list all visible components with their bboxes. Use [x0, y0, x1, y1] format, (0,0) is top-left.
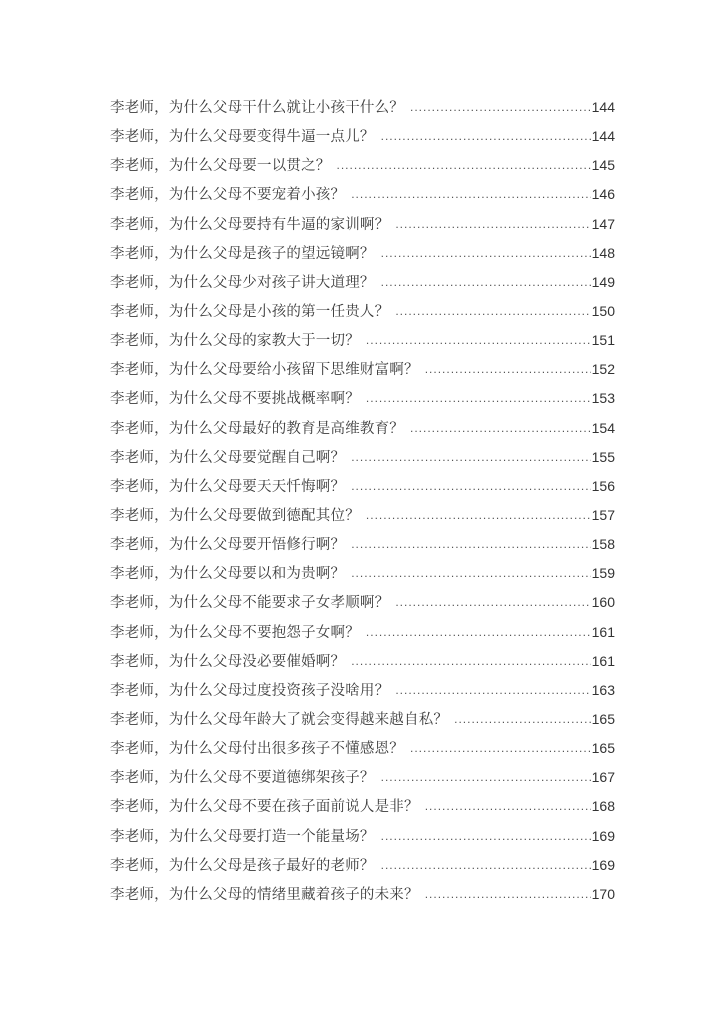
- dot-leader: [366, 386, 591, 410]
- toc-entry[interactable]: 李老师，为什么父母要一以贯之？ 145: [110, 153, 615, 182]
- toc-entry-page-number: 161: [591, 649, 615, 673]
- dot-leader: [366, 620, 591, 644]
- dot-leader: [410, 736, 591, 760]
- toc-entry-page-number: 154: [591, 416, 615, 440]
- toc-entry-title: 李老师，为什么父母不要在孩子面前说人是非？: [110, 795, 425, 819]
- toc-entry[interactable]: 李老师，为什么父母不要道德绑架孩子？ 167: [110, 765, 615, 794]
- toc-entry[interactable]: 李老师，为什么父母的情绪里藏着孩子的未来？ 170: [110, 882, 615, 911]
- toc-entry-title: 李老师，为什么父母要开悟修行啊？: [110, 533, 351, 557]
- toc-entry-title: 李老师，为什么父母要变得牛逼一点儿？: [110, 125, 381, 149]
- toc-entry-page-number: 144: [591, 95, 615, 119]
- dot-leader: [337, 153, 591, 177]
- toc-entry[interactable]: 李老师，为什么父母要给小孩留下思维财富啊？ 152: [110, 357, 615, 386]
- toc-entry-page-number: 169: [591, 853, 615, 877]
- toc-entry[interactable]: 李老师，为什么父母是孩子最好的老师？ 169: [110, 853, 615, 882]
- dot-leader: [351, 561, 590, 585]
- toc-entry-page-number: 160: [591, 590, 615, 614]
- toc-entry-page-number: 170: [591, 882, 615, 906]
- dot-leader: [366, 328, 591, 352]
- toc-entry-page-number: 147: [591, 212, 615, 236]
- toc-entry-page-number: 148: [591, 241, 615, 265]
- dot-leader: [381, 765, 591, 789]
- toc-entry-title: 李老师，为什么父母是孩子最好的老师？: [110, 854, 381, 878]
- toc-entry-title: 李老师，为什么父母要一以贯之？: [110, 154, 337, 178]
- toc-entry[interactable]: 李老师，为什么父母要开悟修行啊？ 158: [110, 532, 615, 561]
- dot-leader: [351, 474, 590, 498]
- toc-entry[interactable]: 李老师，为什么父母年龄大了就会变得越来越自私？ 165: [110, 707, 615, 736]
- toc-entry-page-number: 165: [591, 736, 615, 760]
- toc-entry-page-number: 156: [591, 474, 615, 498]
- toc-entry[interactable]: 李老师，为什么父母要打造一个能量场？ 169: [110, 824, 615, 853]
- dot-leader: [425, 882, 591, 906]
- dot-leader: [395, 678, 590, 702]
- toc-entry[interactable]: 李老师，为什么父母不要抱怨子女啊？ 161: [110, 620, 615, 649]
- toc-entry-page-number: 165: [591, 707, 615, 731]
- toc-entry[interactable]: 李老师，为什么父母不要挑战概率啊？ 153: [110, 386, 615, 415]
- toc-entry-title: 李老师，为什么父母不要道德绑架孩子？: [110, 766, 381, 790]
- dot-leader: [351, 445, 590, 469]
- dot-leader: [351, 532, 590, 556]
- dot-leader: [425, 357, 591, 381]
- toc-entry-page-number: 158: [591, 532, 615, 556]
- toc-entry-title: 李老师，为什么父母付出很多孩子不懂感恩？: [110, 737, 410, 761]
- toc-entry-title: 李老师，为什么父母是小孩的第一任贵人？: [110, 300, 395, 324]
- toc-entry-title: 李老师，为什么父母是孩子的望远镜啊？: [110, 242, 381, 266]
- dot-leader: [425, 794, 591, 818]
- toc-entry-title: 李老师，为什么父母要给小孩留下思维财富啊？: [110, 358, 425, 382]
- toc-entry-page-number: 168: [591, 794, 615, 818]
- toc-entry-title: 李老师，为什么父母要觉醒自己啊？: [110, 446, 351, 470]
- toc-entry[interactable]: 李老师，为什么父母是孩子的望远镜啊？ 148: [110, 241, 615, 270]
- toc-entry-page-number: 150: [591, 299, 615, 323]
- toc-entry-page-number: 153: [591, 386, 615, 410]
- toc-entry[interactable]: 李老师，为什么父母不要宠着小孩？ 146: [110, 182, 615, 211]
- dot-leader: [395, 299, 590, 323]
- toc-entry-title: 李老师，为什么父母没必要催婚啊？: [110, 650, 351, 674]
- dot-leader: [381, 270, 591, 294]
- toc-entry[interactable]: 李老师，为什么父母的家教大于一切？ 151: [110, 328, 615, 357]
- document-page: 李老师，为什么父母干什么就让小孩干什么？ 144 李老师，为什么父母要变得牛逼一…: [0, 0, 724, 1024]
- toc-entry-page-number: 145: [591, 153, 615, 177]
- toc-entry[interactable]: 李老师，为什么父母少对孩子讲大道理？ 149: [110, 270, 615, 299]
- toc-entry-page-number: 151: [591, 328, 615, 352]
- dot-leader: [366, 503, 591, 527]
- toc-entry[interactable]: 李老师，为什么父母要变得牛逼一点儿？ 144: [110, 124, 615, 153]
- toc-entry-title: 李老师，为什么父母的情绪里藏着孩子的未来？: [110, 883, 425, 907]
- toc-entry[interactable]: 李老师，为什么父母要以和为贵啊？ 159: [110, 561, 615, 590]
- toc-entry[interactable]: 李老师，为什么父母付出很多孩子不懂感恩？ 165: [110, 736, 615, 765]
- toc-entry-title: 李老师，为什么父母不要宠着小孩？: [110, 183, 351, 207]
- toc-entry-page-number: 155: [591, 445, 615, 469]
- toc-entry[interactable]: 李老师，为什么父母不能要求子女孝顺啊？ 160: [110, 590, 615, 619]
- toc-entry-page-number: 144: [591, 124, 615, 148]
- dot-leader: [395, 212, 590, 236]
- toc-entry-title: 李老师，为什么父母少对孩子讲大道理？: [110, 271, 381, 295]
- toc-entry-title: 李老师，为什么父母的家教大于一切？: [110, 329, 366, 353]
- toc-entry-title: 李老师，为什么父母干什么就让小孩干什么？: [110, 96, 410, 120]
- toc-entry-title: 李老师，为什么父母最好的教育是高维教育？: [110, 417, 410, 441]
- toc-entry-page-number: 163: [591, 678, 615, 702]
- toc-entry[interactable]: 李老师，为什么父母是小孩的第一任贵人？ 150: [110, 299, 615, 328]
- toc-entry-title: 李老师，为什么父母不要抱怨子女啊？: [110, 621, 366, 645]
- toc-entry-title: 李老师，为什么父母要持有牛逼的家训啊？: [110, 213, 395, 237]
- toc-entry-page-number: 152: [591, 357, 615, 381]
- toc-entry[interactable]: 李老师，为什么父母不要在孩子面前说人是非？ 168: [110, 794, 615, 823]
- table-of-contents: 李老师，为什么父母干什么就让小孩干什么？ 144 李老师，为什么父母要变得牛逼一…: [110, 95, 615, 911]
- toc-entry[interactable]: 李老师，为什么父母过度投资孩子没啥用？ 163: [110, 678, 615, 707]
- dot-leader: [410, 416, 591, 440]
- dot-leader: [351, 182, 590, 206]
- toc-entry-page-number: 146: [591, 182, 615, 206]
- toc-entry[interactable]: 李老师，为什么父母要天天忏悔啊？ 156: [110, 474, 615, 503]
- toc-entry-page-number: 169: [591, 824, 615, 848]
- toc-entry-title: 李老师，为什么父母要做到德配其位？: [110, 504, 366, 528]
- dot-leader: [381, 241, 591, 265]
- dot-leader: [410, 95, 591, 119]
- toc-entry-title: 李老师，为什么父母年龄大了就会变得越来越自私？: [110, 708, 454, 732]
- dot-leader: [351, 649, 590, 673]
- toc-entry-title: 李老师，为什么父母要以和为贵啊？: [110, 562, 351, 586]
- toc-entry-page-number: 157: [591, 503, 615, 527]
- toc-entry[interactable]: 李老师，为什么父母要觉醒自己啊？ 155: [110, 445, 615, 474]
- toc-entry[interactable]: 李老师，为什么父母要持有牛逼的家训啊？ 147: [110, 212, 615, 241]
- dot-leader: [454, 707, 591, 731]
- dot-leader: [381, 853, 591, 877]
- toc-entry-title: 李老师，为什么父母不能要求子女孝顺啊？: [110, 591, 395, 615]
- dot-leader: [395, 590, 590, 614]
- toc-entry-title: 李老师，为什么父母不要挑战概率啊？: [110, 387, 366, 411]
- toc-entry[interactable]: 李老师，为什么父母最好的教育是高维教育？ 154: [110, 416, 615, 445]
- toc-entry-page-number: 167: [591, 765, 615, 789]
- toc-entry-page-number: 149: [591, 270, 615, 294]
- toc-entry[interactable]: 李老师，为什么父母干什么就让小孩干什么？ 144: [110, 95, 615, 124]
- dot-leader: [381, 124, 591, 148]
- toc-entry[interactable]: 李老师，为什么父母要做到德配其位？ 157: [110, 503, 615, 532]
- toc-entry-page-number: 161: [591, 620, 615, 644]
- toc-entry-title: 李老师，为什么父母过度投资孩子没啥用？: [110, 679, 395, 703]
- toc-entry-title: 李老师，为什么父母要打造一个能量场？: [110, 825, 381, 849]
- toc-entry-title: 李老师，为什么父母要天天忏悔啊？: [110, 475, 351, 499]
- toc-entry[interactable]: 李老师，为什么父母没必要催婚啊？ 161: [110, 649, 615, 678]
- dot-leader: [381, 824, 591, 848]
- toc-entry-page-number: 159: [591, 561, 615, 585]
